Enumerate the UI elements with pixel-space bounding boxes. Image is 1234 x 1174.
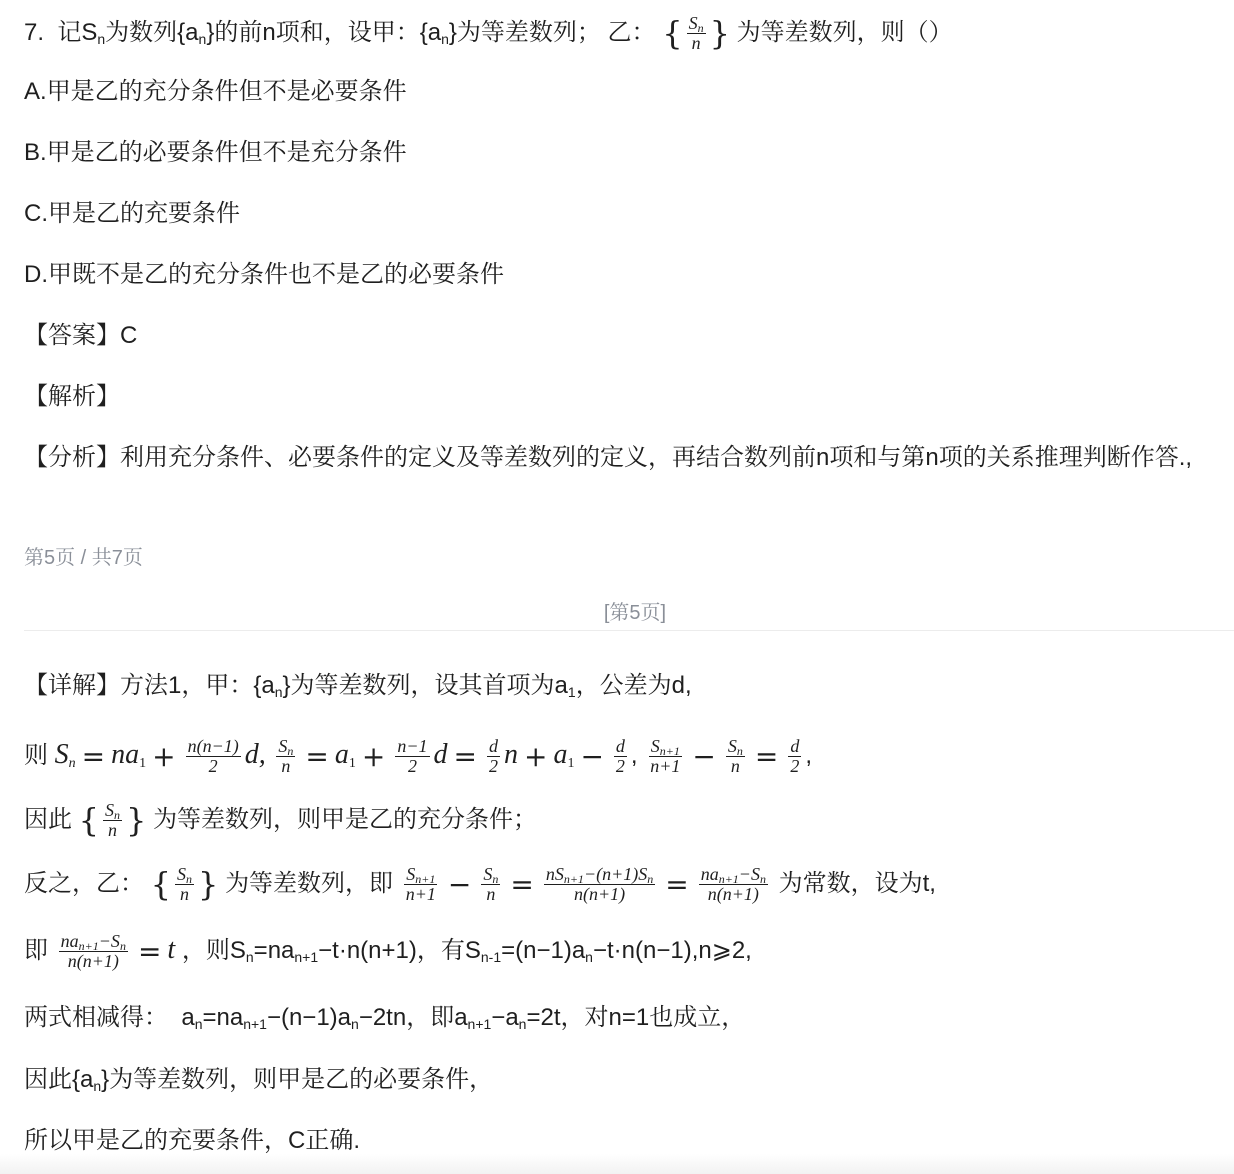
solution-line-4: 反之，乙： {Snn} 为等差数列，即 Sn+1n+1−Snn=nSn+1−(n… (24, 864, 936, 905)
answer: 【答案】C (24, 321, 137, 351)
formula-sn: Sn (55, 739, 76, 770)
option-d[interactable]: D.甲既不是乙的充分条件也不是乙的必要条件 (24, 260, 504, 290)
option-b[interactable]: B.甲是乙的必要条件但不是充分条件 (24, 138, 407, 168)
solution-line-5: 即 nan+1−Snn(n+1)=t ，则Sn=nan+1−t·n(n+1)，有… (24, 930, 752, 972)
solution-line-7: 因此{an}为等差数列，则甲是乙的必要条件， (24, 1065, 493, 1095)
analysis-heading: 【解析】 (24, 382, 120, 412)
option-c[interactable]: C.甲是乙的充要条件 (24, 199, 240, 229)
option-a[interactable]: A.甲是乙的充分条件但不是必要条件 (24, 77, 407, 107)
solution-line-1: 【详解】方法1，甲：{an}为等差数列，设其首项为a1，公差为d, (24, 671, 692, 701)
bottom-fade (0, 1154, 1234, 1174)
solution-line-3: 因此 {Snn} 为等差数列，则甲是乙的充分条件； (24, 800, 537, 841)
page-footer: 第5页 / 共7页 (24, 543, 143, 573)
analysis-text: 【分析】利用充分条件、必要条件的定义及等差数列的定义，再结合数列前n项和与第n项… (24, 438, 1214, 478)
question-stem: 7. 记Sn为数列{an}的前n项和，设甲：{an}为等差数列； 乙： {Snn… (24, 14, 953, 53)
solution-line-2: 则 Sn=na1+n(n−1)2d, Snn=a1+n−12d=d2n+a1−d… (24, 735, 812, 777)
question-number: 7. (24, 19, 44, 46)
page-marker: [第5页] (0, 598, 1234, 628)
fraction-sn-over-n: Snn (687, 14, 706, 53)
solution-line-6: 两式相减得： an=nan+1−(n−1)an−2tn，即an+1−an=2t，… (24, 1003, 745, 1033)
page-divider (24, 630, 1234, 631)
solution-line-8: 所以甲是乙的充要条件，C正确. (24, 1126, 360, 1156)
